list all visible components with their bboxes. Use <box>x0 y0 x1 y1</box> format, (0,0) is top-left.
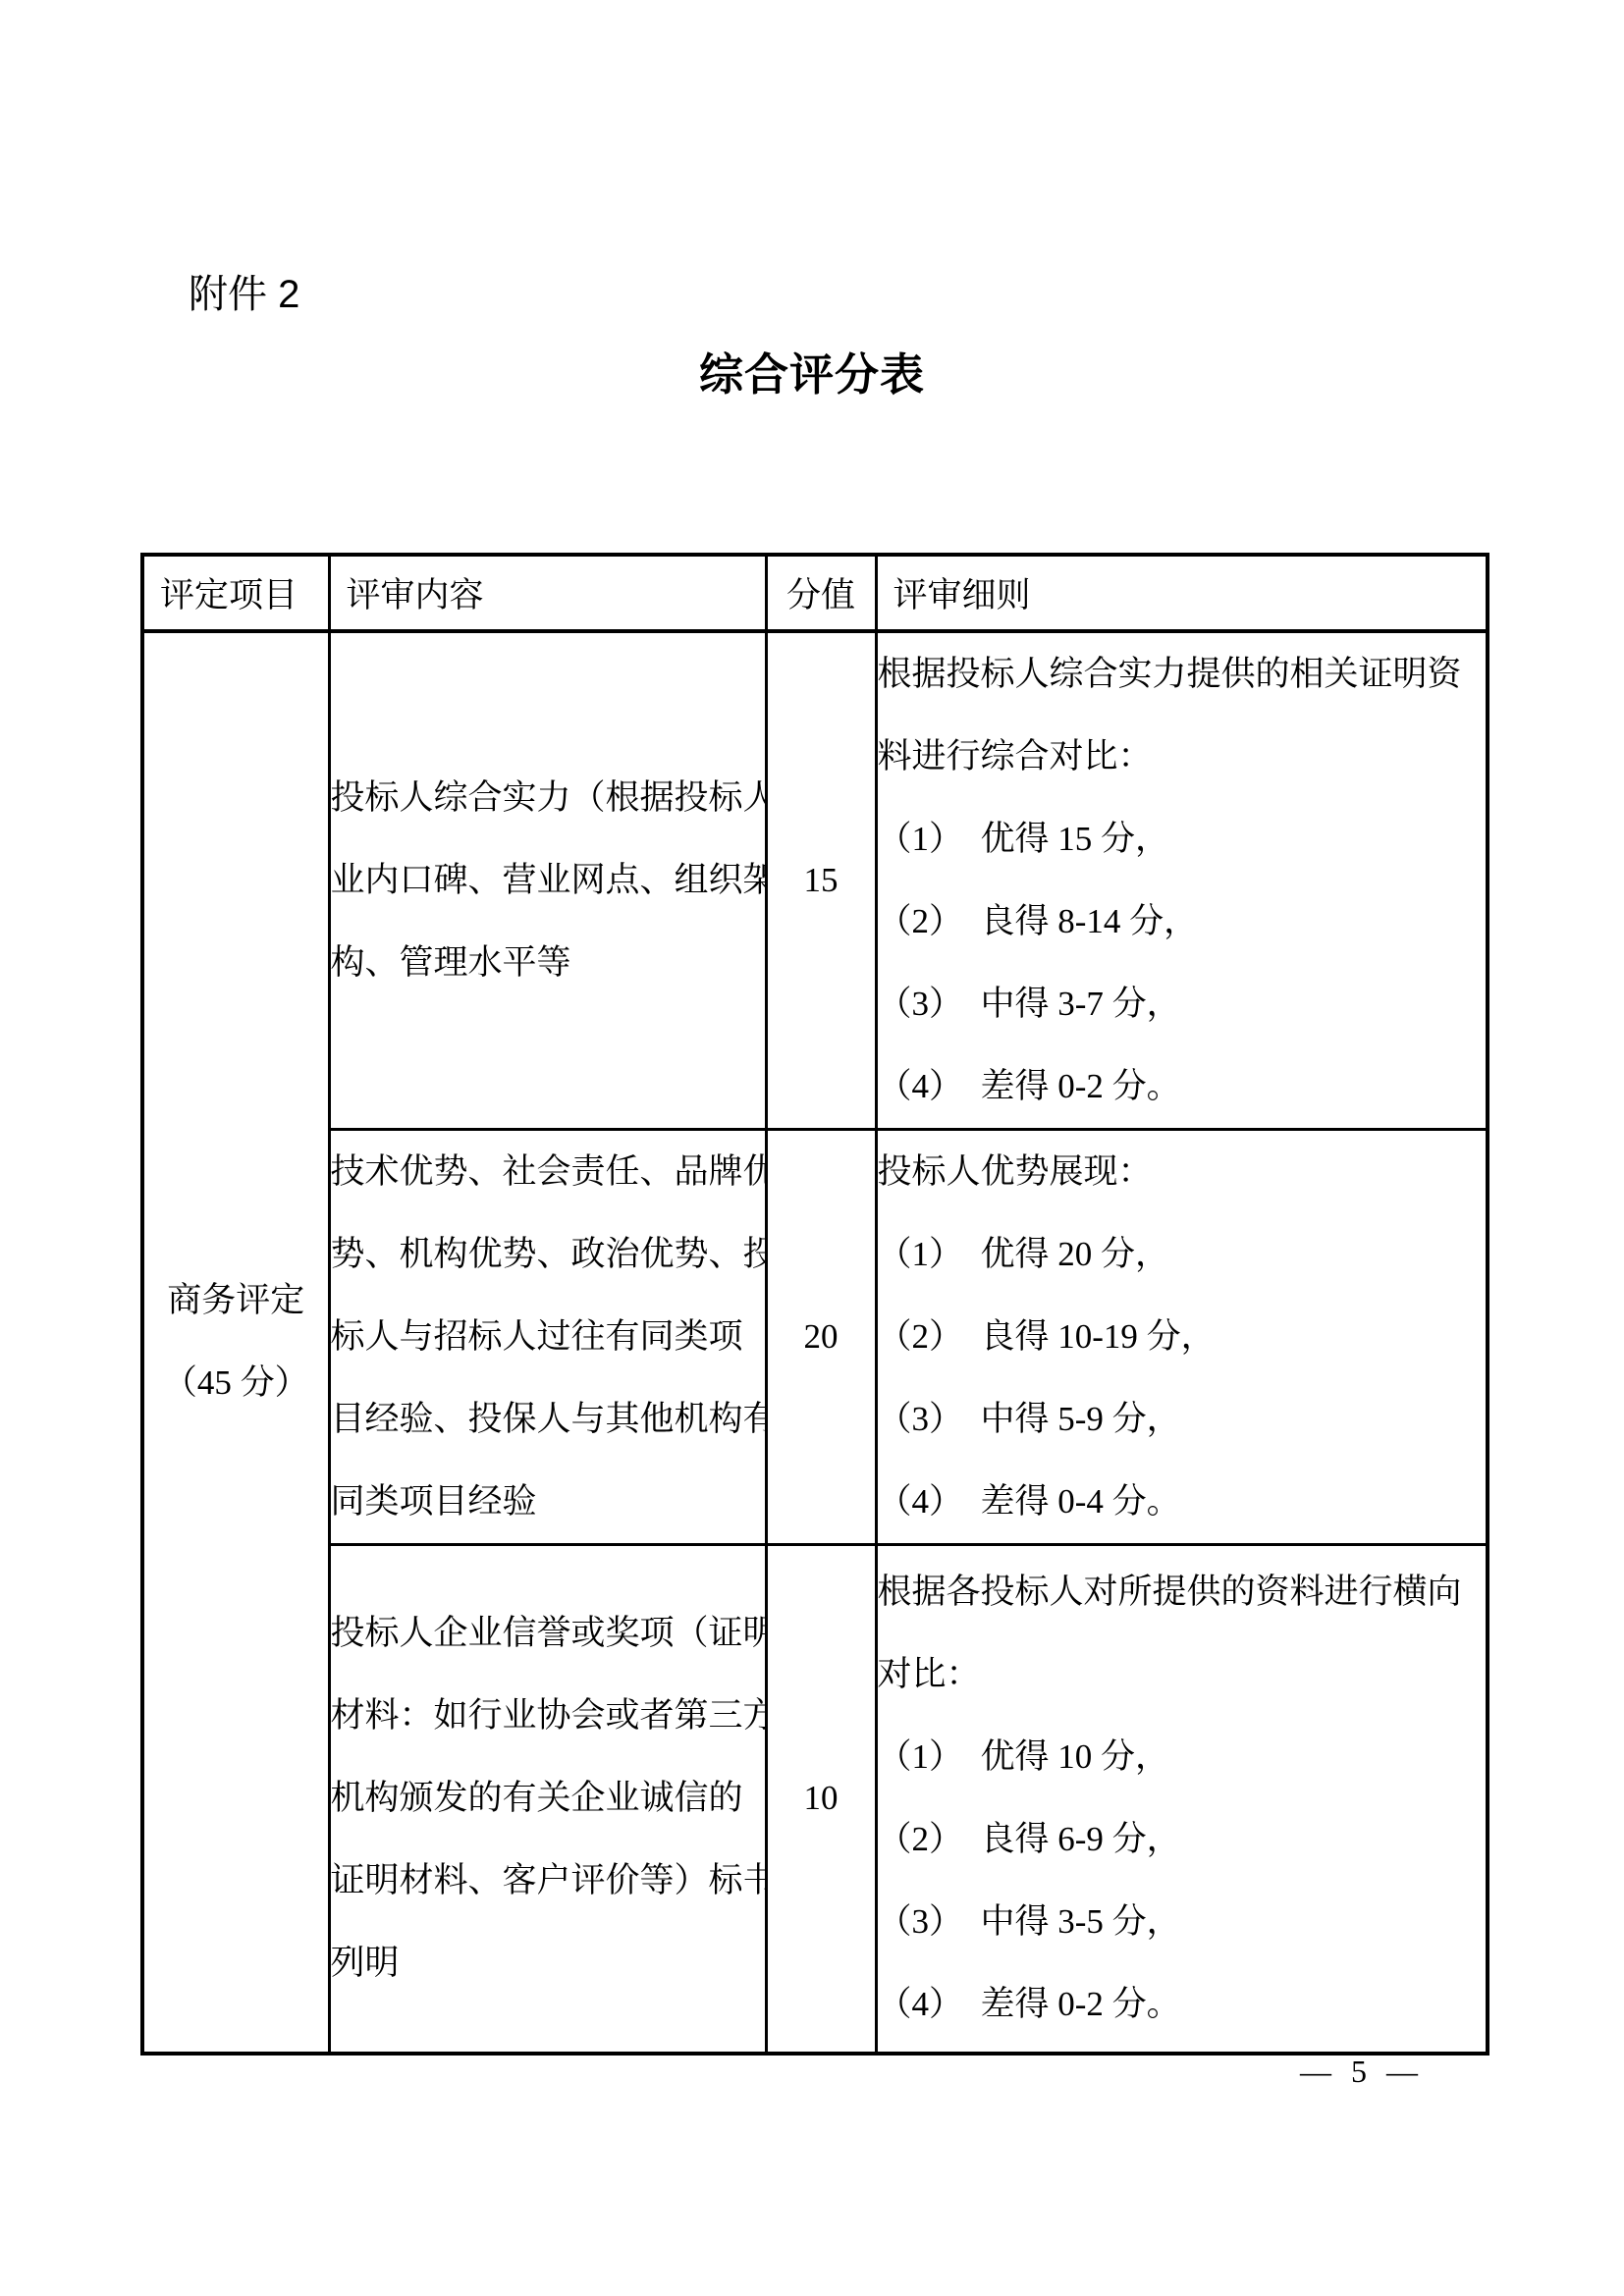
header-review-rules: 评审细则 <box>876 555 1488 631</box>
table-row: 商务评定 （45 分） 投标人综合实力（根据投标人 业内口碑、营业网点、组织架 … <box>142 631 1488 1130</box>
category-name: 商务评定 <box>144 1259 328 1342</box>
header-evaluation-item: 评定项目 <box>142 555 329 631</box>
text-line: 材料：如行业协会或者第三方 <box>331 1675 765 1757</box>
category-cell: 商务评定 （45 分） <box>142 631 329 2054</box>
score-cell: 15 <box>766 631 876 1130</box>
criteria-cell: 根据投标人综合实力提供的相关证明资 料进行综合对比： （1） 优得 15 分， … <box>876 631 1488 1130</box>
text-line: 料进行综合对比： <box>878 716 1487 798</box>
score-cell: 10 <box>766 1545 876 2054</box>
text-line: 目经验、投保人与其他机构有 <box>331 1378 765 1461</box>
text-line: 投标人综合实力（根据投标人 <box>331 757 765 839</box>
content-cell: 投标人综合实力（根据投标人 业内口碑、营业网点、组织架 构、管理水平等 <box>329 631 766 1130</box>
page-title: 综合评分表 <box>0 349 1624 400</box>
text-line: （2） 良得 10-19 分， <box>878 1296 1487 1378</box>
text-line: （2） 良得 8-14 分， <box>878 881 1487 963</box>
text-line: 标人与招标人过往有同类项 <box>331 1296 765 1378</box>
text-line: （4） 差得 0-4 分。 <box>878 1461 1487 1543</box>
table-row: 技术优势、社会责任、品牌优 势、机构优势、政治优势、投 标人与招标人过往有同类项… <box>142 1130 1488 1545</box>
text-line: （1） 优得 15 分， <box>878 798 1487 881</box>
score-table: 评定项目 评审内容 分值 评审细则 商务评定 （45 分） 投标人综合实力（根据… <box>140 553 1489 2056</box>
text-line: （3） 中得 3-5 分， <box>878 1881 1487 1963</box>
text-line: 列明 <box>331 1922 765 2004</box>
text-line: 投标人优势展现： <box>878 1131 1487 1213</box>
text-line: （1） 优得 20 分， <box>878 1213 1487 1296</box>
content-cell: 技术优势、社会责任、品牌优 势、机构优势、政治优势、投 标人与招标人过往有同类项… <box>329 1130 766 1545</box>
text-line: 机构颁发的有关企业诚信的 <box>331 1757 765 1840</box>
text-line: 业内口碑、营业网点、组织架 <box>331 839 765 922</box>
text-line: 投标人企业信誉或奖项（证明 <box>331 1592 765 1675</box>
text-line: 构、管理水平等 <box>331 922 765 1004</box>
text-line: 势、机构优势、政治优势、投 <box>331 1213 765 1296</box>
page-number: — 5 — <box>1269 2052 1455 2091</box>
content-cell: 投标人企业信誉或奖项（证明 材料：如行业协会或者第三方 机构颁发的有关企业诚信的… <box>329 1545 766 2054</box>
header-review-content: 评审内容 <box>329 555 766 631</box>
table-header-row: 评定项目 评审内容 分值 评审细则 <box>142 555 1488 631</box>
text-line: 证明材料、客户评价等）标书 <box>331 1840 765 1922</box>
text-line: 对比： <box>878 1633 1487 1716</box>
category-score: （45 分） <box>144 1342 328 1424</box>
document-page: 附件 2 综合评分表 评定项目 评审内容 分值 评审细则 商务评定 （45 分）… <box>0 0 1624 2296</box>
text-line: 根据各投标人对所提供的资料进行横向 <box>878 1551 1487 1633</box>
criteria-cell: 根据各投标人对所提供的资料进行横向 对比： （1） 优得 10 分， （2） 良… <box>876 1545 1488 2054</box>
text-line: 根据投标人综合实力提供的相关证明资 <box>878 633 1487 716</box>
text-line: （3） 中得 5-9 分， <box>878 1378 1487 1461</box>
text-line: 同类项目经验 <box>331 1461 765 1543</box>
score-cell: 20 <box>766 1130 876 1545</box>
text-line: （2） 良得 6-9 分， <box>878 1798 1487 1881</box>
text-line: （1） 优得 10 分， <box>878 1716 1487 1798</box>
text-line: （3） 中得 3-7 分， <box>878 963 1487 1045</box>
criteria-cell: 投标人优势展现： （1） 优得 20 分， （2） 良得 10-19 分， （3… <box>876 1130 1488 1545</box>
attachment-label: 附件 2 <box>189 271 299 318</box>
table-row: 投标人企业信誉或奖项（证明 材料：如行业协会或者第三方 机构颁发的有关企业诚信的… <box>142 1545 1488 2054</box>
text-line: （4） 差得 0-2 分。 <box>878 1045 1487 1128</box>
text-line: （4） 差得 0-2 分。 <box>878 1963 1487 2046</box>
header-score: 分值 <box>766 555 876 631</box>
text-line: 技术优势、社会责任、品牌优 <box>331 1131 765 1213</box>
